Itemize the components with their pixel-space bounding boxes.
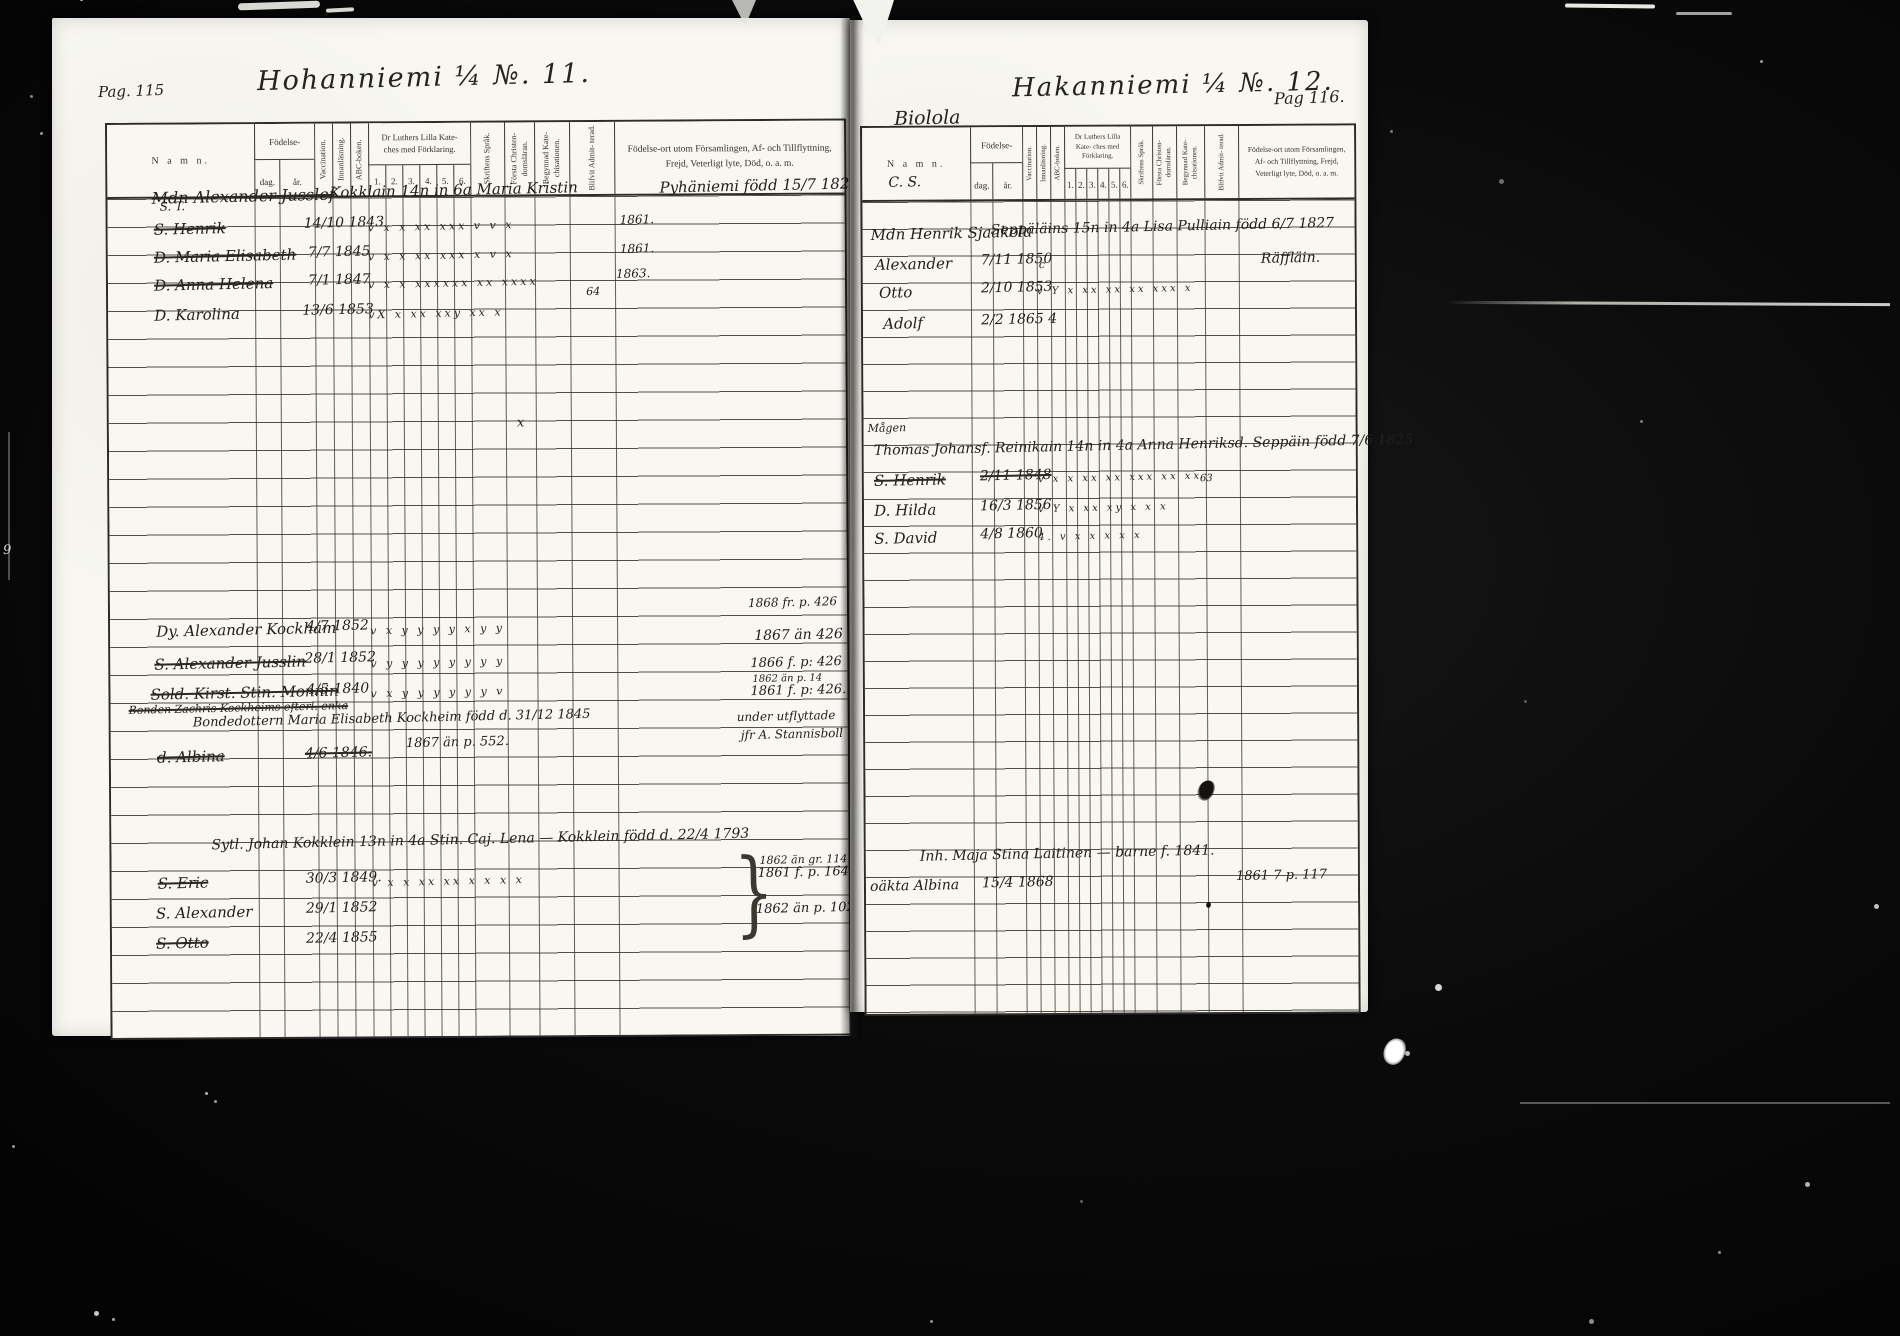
column-rule — [1064, 201, 1069, 1013]
handwritten-entry: Otto — [879, 285, 913, 301]
handwritten-entry: S. Henrik — [154, 221, 226, 238]
handwritten-entry: D. Maria Elisabeth — [154, 248, 297, 266]
top-right-streak-2 — [1676, 12, 1732, 15]
handwritten-entry: S. Eric — [158, 876, 209, 892]
handwritten-entry: } — [733, 846, 774, 940]
handwritten-entry: 4/5 1840 — [306, 681, 369, 696]
col-group-catechism: Dr Luthers Lilla Kate- ches med Förklari… — [368, 123, 470, 166]
handwritten-entry: v x x xx xx x x x x — [372, 874, 525, 888]
handwritten-entry: D. Hilda — [874, 503, 937, 519]
handwritten-entry: 1867 än 426 — [754, 627, 843, 643]
handwritten-entry: Seppäläins 15n in 4a Lisa Pulliain född … — [991, 216, 1335, 237]
handwritten-entry: v Y x xx xx xx xxx x — [1037, 284, 1194, 297]
handwritten-entry: d. Albina — [157, 749, 225, 765]
handwritten-entry: S. Alexander — [156, 905, 253, 922]
book-fold-shadow — [840, 16, 864, 1038]
scanned-register-film-frame: Pag. 115 Hohanniemi ¼ №. 11. N a m n. da… — [0, 0, 1900, 1336]
col-header-catechisation: Begynnad Kate- chisationen. — [1176, 126, 1204, 198]
handwritten-entry: Alexander — [875, 256, 953, 273]
column-rule — [614, 196, 620, 1035]
handwritten-entry: S. Henrik — [874, 472, 946, 489]
top-left-streak — [238, 1, 320, 11]
handwritten-entry: Thomas Johansf. Reinikain 14n in 4a Anna… — [874, 433, 1414, 458]
handwritten-entry: 1861 7 p. 117 — [1236, 868, 1327, 883]
column-rule — [419, 197, 425, 1036]
handwritten-entry: Mågen — [868, 422, 907, 434]
column-rule — [385, 197, 391, 1036]
handwritten-entry: 4. v x x x x x — [1038, 531, 1143, 543]
handwritten-entry: 1861 f. p: 426. — [750, 683, 846, 698]
handwritten-entry: c — [1039, 259, 1048, 270]
left-edge-squiggle: 9 — [3, 544, 11, 557]
handwritten-entry: v x x xx xxx x v x — [368, 248, 515, 262]
column-rule — [534, 196, 540, 1035]
column-rule — [1176, 200, 1181, 1012]
handwritten-entry: 13/6 1853 — [302, 302, 374, 318]
column-rule — [254, 198, 260, 1037]
handwritten-entry: D. Karolina — [154, 307, 240, 324]
top-left-streak-2 — [326, 7, 354, 12]
handwritten-entry: 7/7 1845 — [308, 244, 371, 259]
col-header-name-label: N a m n. — [151, 155, 210, 166]
handwritten-entry: 30/3 1849. — [306, 870, 382, 886]
col-group-birth: Födelse- — [970, 127, 1022, 163]
col-group-catechism: Dr Luthers Lilla Kate- ches med Förklari… — [1064, 127, 1130, 169]
handwritten-entry: 1866 f. p: 426 — [750, 655, 842, 670]
right-scratch-2 — [1520, 1102, 1890, 1104]
left-page: Pag. 115 Hohanniemi ¼ №. 11. N a m n. da… — [52, 18, 850, 1036]
left-handwritten-entries: S. T.Mdn Alexander JusslefKokklain 14n i… — [107, 194, 844, 199]
column-rule — [453, 197, 459, 1036]
handwritten-entry: 4/7 1852 — [306, 618, 369, 633]
column-rule — [279, 198, 285, 1037]
handwritten-entry: 1861. — [620, 213, 655, 226]
handwritten-entry: Räffläin. — [1261, 251, 1321, 266]
left-page-title: Hohanniemi ¼ №. 11. — [257, 58, 592, 97]
right-table-body: BiololaC. S.Mdn Henrik SjaakolaSeppäläin… — [862, 199, 1358, 1014]
handwritten-entry: 4/6 1846. — [305, 745, 372, 760]
col-header-abc-book: ABC-boken. — [1050, 127, 1064, 199]
white-blob — [1380, 1035, 1409, 1068]
col-header-vaccination: Vaccination. — [1022, 127, 1036, 199]
column-rule — [1075, 201, 1080, 1013]
col-header-notes: Födelse-ort utom Församlingen, Af- och T… — [1238, 125, 1354, 198]
handwritten-entry: 15/4 1868 — [982, 875, 1054, 890]
column-rule — [970, 201, 975, 1013]
handwritten-entry: S. David — [874, 531, 937, 547]
handwritten-entry: S. Otto — [156, 936, 209, 952]
column-rule — [1086, 201, 1091, 1013]
col-header-christendom: Första Christen- domsläran. — [1152, 126, 1176, 198]
handwritten-entry: oäkta Albina — [870, 878, 959, 894]
handwritten-entry: Adolf — [883, 316, 923, 332]
left-page-number: Pag. 115 — [98, 81, 165, 101]
handwritten-entry: 4/8 1860 — [980, 526, 1043, 541]
column-rule — [402, 197, 408, 1036]
handwritten-entry: 7/1 1847 — [308, 272, 371, 287]
column-rule — [504, 197, 510, 1036]
column-rule — [436, 197, 442, 1036]
handwritten-entry: v x y y y y y y v — [370, 685, 505, 699]
handwritten-entry: C. S. — [888, 175, 921, 190]
handwritten-entry: 28/1 1852 — [304, 650, 376, 666]
handwritten-entry: S. Alexander Jusslin — [154, 654, 306, 672]
handwritten-entry: 1863. — [616, 267, 651, 280]
col-header-admitted: Blifvit Admit- terad. — [1204, 126, 1238, 198]
handwritten-entry: jfr A. Stannisboll — [741, 727, 843, 741]
handwritten-entry: 22/4 1855 — [306, 930, 378, 946]
top-right-streak — [1565, 4, 1655, 9]
column-rule — [1152, 200, 1157, 1012]
handwritten-entry: vX x xx xxy xx x — [368, 306, 504, 320]
handwritten-entry: 64 — [586, 286, 600, 297]
handwritten-entry: v y y y y y y y y — [370, 655, 505, 669]
handwritten-entry: 29/1 1852 — [306, 900, 378, 916]
handwritten-entry: v Y x xx xy x x x — [1038, 502, 1169, 515]
right-page: Pag 116. Hakanniemi ¼ №. 12. N a m n. da… — [850, 20, 1368, 1012]
right-table-header: N a m n. dag. år. Vaccination. Innanläsn… — [862, 125, 1354, 202]
col-header-reading: Innanläsning. — [1036, 127, 1050, 199]
handwritten-entry: v x x xx xxx v v x — [368, 219, 515, 233]
column-rule — [1119, 201, 1124, 1013]
handwritten-entry: x — [517, 416, 528, 429]
handwritten-entry: Biolola — [894, 108, 961, 128]
handwritten-entry: under utflyttade — [737, 709, 836, 723]
col-group-birth: Födelse- — [254, 124, 314, 160]
column-rule — [1238, 200, 1243, 1012]
right-scratch — [1445, 301, 1890, 306]
handwritten-entry: 1861. — [620, 242, 655, 255]
left-table-body: S. T.Mdn Alexander JusslefKokklain 14n i… — [107, 194, 849, 1037]
column-rule — [569, 196, 575, 1035]
column-rule — [1108, 201, 1113, 1013]
handwritten-entry: v x y y y y x y y — [370, 622, 505, 636]
handwritten-entry: Pyhäniemi född 15/7 1820 — [659, 176, 859, 195]
col-header-script-language: Skriftens Språk. — [1130, 126, 1152, 198]
column-rule — [1130, 201, 1135, 1013]
handwritten-entry: Mdn Alexander Jusslef — [151, 187, 334, 207]
column-rule — [1097, 201, 1102, 1013]
left-register-table: N a m n. dag. år. Vaccination. Innanläsn… — [105, 118, 852, 1040]
handwritten-entry: Sytl. Johan Kokklein 13n in 4a Stin. Caj… — [211, 827, 749, 853]
handwritten-entry: 1868 fr. p. 426 — [748, 595, 837, 609]
right-register-table: N a m n. dag. år. Vaccination. Innanläsn… — [860, 123, 1361, 1016]
column-rule — [470, 197, 476, 1036]
column-rule — [1204, 200, 1209, 1012]
